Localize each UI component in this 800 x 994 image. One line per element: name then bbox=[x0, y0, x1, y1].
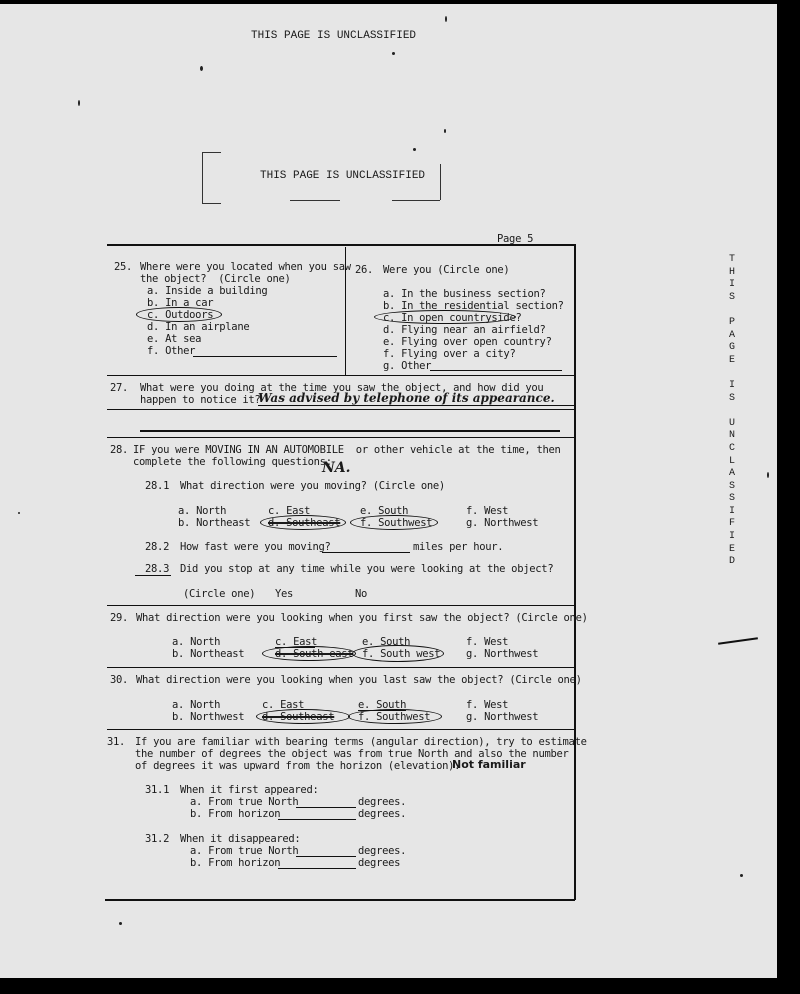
scan-speck bbox=[413, 148, 416, 151]
q30-circle-d bbox=[256, 709, 350, 724]
q28-1-option-a[interactable]: a. North bbox=[178, 505, 226, 517]
q28-handwritten-na: NA. bbox=[322, 462, 351, 474]
q31-text-3: of degrees it was upward from the horizo… bbox=[135, 760, 460, 772]
q27-answer-underline bbox=[258, 405, 574, 406]
q29-text: What direction were you looking when you… bbox=[136, 612, 588, 624]
document-page: THIS PAGE IS UNCLASSIFIED THIS PAGE IS U… bbox=[0, 4, 777, 978]
q31-2-b: b. From horizon bbox=[190, 857, 280, 869]
row-divider-27 bbox=[107, 375, 575, 376]
stamp-line-right bbox=[392, 200, 440, 201]
q25-option-d[interactable]: d. In an airplane bbox=[147, 321, 249, 333]
q25-number: 25. bbox=[114, 261, 132, 273]
q31-1-b: b. From horizon bbox=[190, 808, 280, 820]
classification-marking-top: THIS PAGE IS UNCLASSIFIED bbox=[251, 30, 416, 42]
q26-number: 26. bbox=[355, 264, 373, 276]
q28-2-suffix: miles per hour. bbox=[413, 541, 503, 553]
scan-speck bbox=[119, 922, 122, 925]
q30-option-f-w[interactable]: f. West bbox=[466, 699, 508, 711]
q25-other-blank[interactable] bbox=[193, 356, 337, 357]
q27-handwritten-answer: Was advised by telephone of its appearan… bbox=[258, 392, 555, 404]
row-divider-31 bbox=[107, 729, 575, 730]
q30-number: 30. bbox=[110, 674, 128, 686]
q25-option-a[interactable]: a. Inside a building bbox=[147, 285, 267, 297]
q29-selected-circle bbox=[352, 645, 444, 662]
q26-option-g[interactable]: g. Other bbox=[383, 360, 431, 372]
q28-1-option-g[interactable]: g. Northwest bbox=[466, 517, 538, 529]
q28-1-circle-f bbox=[350, 515, 438, 530]
q29-option-f-w[interactable]: f. West bbox=[466, 636, 508, 648]
scan-speck bbox=[445, 16, 447, 22]
scan-speck bbox=[18, 512, 20, 514]
q31-text-1: If you are familiar with bearing terms (… bbox=[135, 736, 587, 748]
q31-1-b-unit: degrees. bbox=[358, 808, 406, 820]
q28-1-label: 28.1 bbox=[145, 480, 169, 492]
scan-speck bbox=[200, 66, 203, 71]
q30-option-b[interactable]: b. Northwest bbox=[172, 711, 244, 723]
q29-option-b[interactable]: b. Northeast bbox=[172, 648, 244, 660]
q25-text-1: Where were you located when you saw bbox=[140, 261, 351, 273]
q25-selected-circle bbox=[136, 307, 222, 322]
q26-option-a[interactable]: a. In the business section? bbox=[383, 288, 546, 300]
q29-option-a[interactable]: a. North bbox=[172, 636, 220, 648]
q26-selected-circle bbox=[374, 310, 516, 324]
q31-1-b-blank[interactable] bbox=[278, 819, 356, 820]
q28-3-yes[interactable]: Yes bbox=[275, 588, 293, 600]
scan-speck bbox=[392, 52, 395, 55]
q31-1-a-unit: degrees. bbox=[358, 796, 406, 808]
row-divider-27-bottom bbox=[107, 409, 575, 410]
q26-option-d[interactable]: d. Flying near an airfield? bbox=[383, 324, 546, 336]
scan-speck bbox=[740, 874, 743, 877]
q31-number: 31. bbox=[107, 736, 125, 748]
q28-3-label: 28.3 bbox=[145, 563, 169, 575]
q28-3-circle-one: (Circle one) bbox=[183, 588, 255, 600]
q28-1-circle-d bbox=[260, 515, 346, 530]
q28-2-speed-blank[interactable] bbox=[322, 552, 410, 553]
q30-text: What direction were you looking when you… bbox=[136, 674, 582, 686]
classification-marking-side: T H I S P A G E I S U N C L A S S I F I … bbox=[726, 254, 738, 569]
q31-2-b-unit: degrees bbox=[358, 857, 400, 869]
q31-1-label: 31.1 bbox=[145, 784, 169, 796]
q31-2-a-unit: degrees. bbox=[358, 845, 406, 857]
q28-3-text: Did you stop at any time while you were … bbox=[180, 563, 553, 575]
q28-3-no[interactable]: No bbox=[355, 588, 367, 600]
row-divider-30 bbox=[107, 667, 575, 668]
q31-2-text: When it disappeared: bbox=[180, 833, 300, 845]
stamp-bracket-left bbox=[202, 152, 221, 204]
q28-3-label-underline bbox=[135, 575, 171, 576]
row-divider-28 bbox=[107, 437, 575, 438]
q28-text-2: complete the following questions: bbox=[133, 456, 332, 468]
scan-speck bbox=[767, 472, 769, 478]
row-divider-29 bbox=[107, 605, 575, 606]
q25-text-2: the object? (Circle one) bbox=[140, 273, 291, 285]
q31-1-a: a. From true North bbox=[190, 796, 298, 808]
q30-option-g[interactable]: g. Northwest bbox=[466, 711, 538, 723]
q30-selected-circle bbox=[348, 709, 442, 724]
q26-option-e[interactable]: e. Flying over open country? bbox=[383, 336, 552, 348]
q26-option-f[interactable]: f. Flying over a city? bbox=[383, 348, 515, 360]
q29-circle-d bbox=[262, 646, 356, 661]
scan-mark bbox=[718, 637, 758, 645]
q31-2-a: a. From true North bbox=[190, 845, 298, 857]
q28-1-option-f-w[interactable]: f. West bbox=[466, 505, 508, 517]
stamp-bracket-right bbox=[440, 164, 441, 200]
classification-marking-stamp: THIS PAGE IS UNCLASSIFIED bbox=[260, 170, 425, 182]
q29-number: 29. bbox=[110, 612, 128, 624]
q27-number: 27. bbox=[110, 382, 128, 394]
q31-handwritten-not-familiar: Not familiar bbox=[452, 759, 526, 771]
q31-2-a-blank[interactable] bbox=[296, 856, 356, 857]
scan-speck bbox=[444, 129, 446, 133]
form-bottom-border bbox=[105, 899, 575, 901]
q25-option-f[interactable]: f. Other bbox=[147, 345, 195, 357]
q31-2-label: 31.2 bbox=[145, 833, 169, 845]
scan-speck bbox=[78, 100, 80, 106]
q27-answer-line bbox=[140, 430, 560, 432]
q27-text-2: happen to notice it? bbox=[140, 394, 260, 406]
q28-2-text: How fast were you moving? bbox=[180, 541, 331, 553]
q31-1-text: When it first appeared: bbox=[180, 784, 319, 796]
q31-2-b-blank[interactable] bbox=[278, 868, 356, 869]
q28-2-label: 28.2 bbox=[145, 541, 169, 553]
q28-1-option-b[interactable]: b. Northeast bbox=[178, 517, 250, 529]
q28-1-text: What direction were you moving? (Circle … bbox=[180, 480, 445, 492]
q26-other-blank[interactable] bbox=[430, 370, 562, 371]
q31-1-a-blank[interactable] bbox=[296, 807, 356, 808]
q26-text: Were you (Circle one) bbox=[383, 264, 509, 276]
q25-option-e[interactable]: e. At sea bbox=[147, 333, 201, 345]
q28-text-1: IF you were MOVING IN AN AUTOMOBILE or o… bbox=[133, 444, 561, 456]
q29-option-g[interactable]: g. Northwest bbox=[466, 648, 538, 660]
stamp-line-left bbox=[290, 200, 340, 201]
q28-number: 28. bbox=[110, 444, 128, 456]
form-top-border bbox=[107, 244, 575, 246]
q30-option-a[interactable]: a. North bbox=[172, 699, 220, 711]
form-right-border bbox=[574, 244, 576, 900]
